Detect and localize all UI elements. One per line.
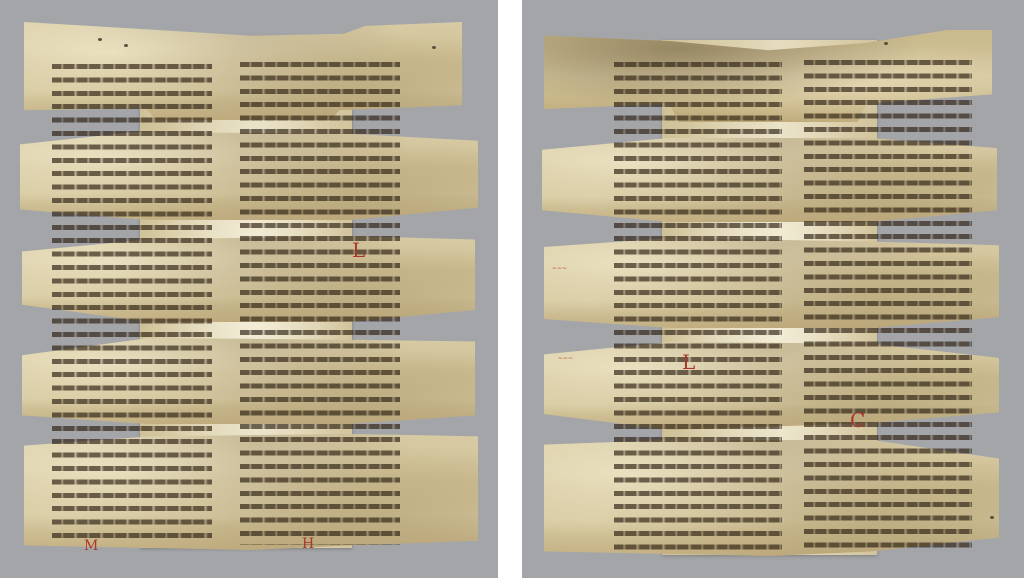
worm-hole xyxy=(884,42,888,45)
worm-hole xyxy=(124,44,128,47)
text-left-column xyxy=(614,58,782,550)
text-right-column xyxy=(240,58,400,545)
red-initial-h: H xyxy=(302,534,314,554)
image-gutter xyxy=(498,0,522,578)
text-left-column xyxy=(52,60,212,545)
photo-verso: L C ~~~ ~~~ xyxy=(522,0,1024,578)
red-initial-l: L xyxy=(682,352,695,372)
worm-hole xyxy=(990,516,994,519)
red-initial-l: L xyxy=(352,240,365,260)
red-rubric-mark: ~~~ xyxy=(552,266,567,272)
text-right-column xyxy=(804,56,972,550)
red-rubric-mark: ~~~ xyxy=(558,356,573,362)
photo-recto: L M H xyxy=(0,0,498,578)
worm-hole xyxy=(432,46,436,49)
red-initial-c: C xyxy=(850,410,865,430)
worm-hole xyxy=(98,38,102,41)
red-initial-m: M xyxy=(84,536,98,556)
